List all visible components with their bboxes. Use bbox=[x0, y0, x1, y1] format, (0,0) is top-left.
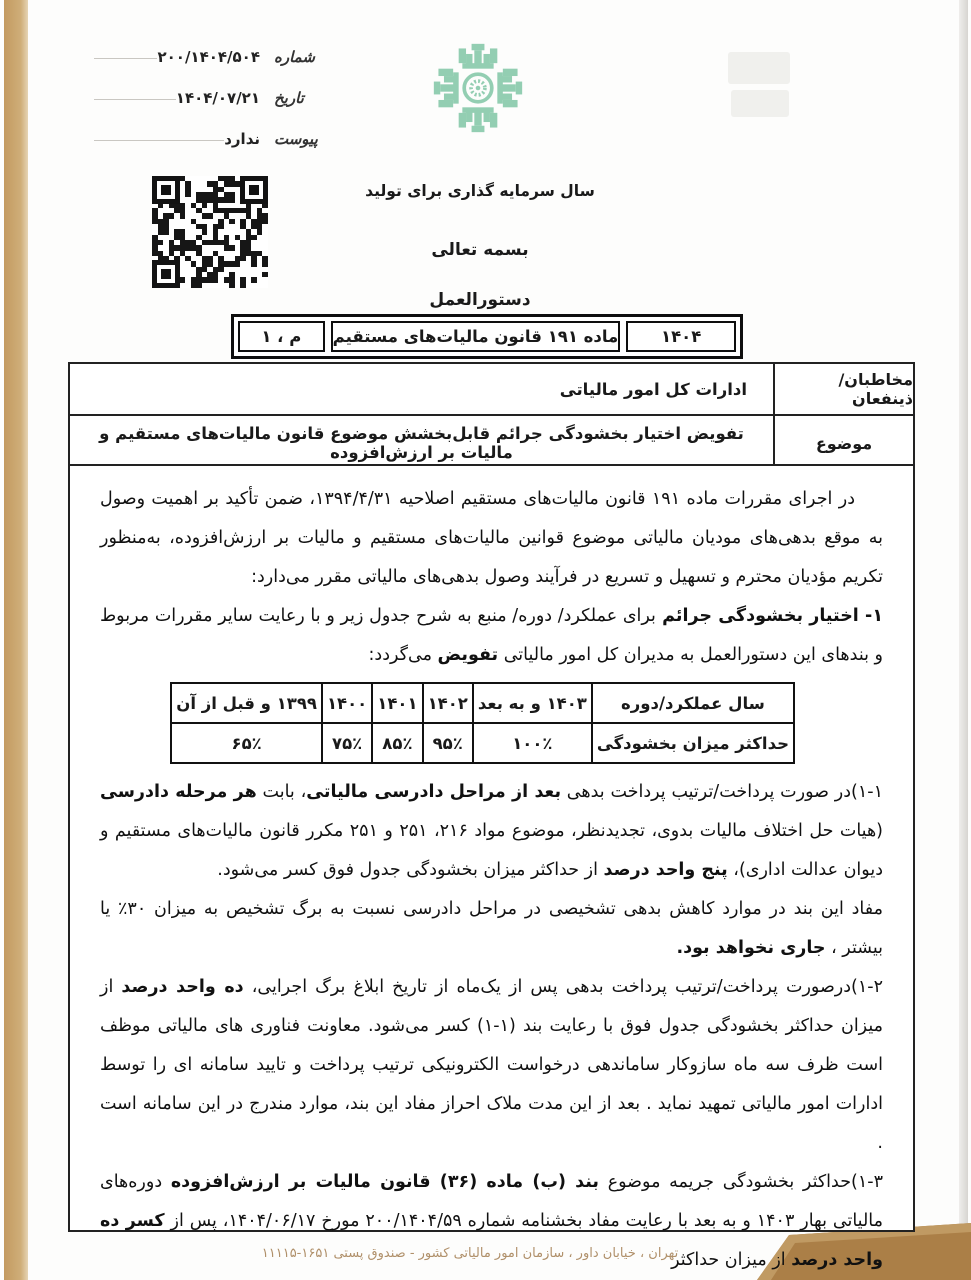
slogan-line: سال سرمایه گذاری برای تولید bbox=[270, 182, 690, 200]
footer-address-text: تهران ، خیابان داور ، سازمان امور مالیات… bbox=[329, 1246, 678, 1261]
value-75pct: ۷۵٪ bbox=[322, 723, 372, 763]
letterhead-fields: شماره ۲۰۰/۱۴۰۴/۵۰۴ تاریخ ۱۴۰۴/۰۷/۲۱ پیوس… bbox=[88, 48, 338, 148]
audience-label: مخاطبان/ ذینفعان bbox=[773, 364, 913, 414]
clause12-tail: از میزان حداکثر بخشودگی جدول فوق با رعای… bbox=[100, 977, 883, 1153]
qr-finder-icon bbox=[152, 176, 180, 204]
clause11-bold-each-stage: هر مرحله دادرسی bbox=[100, 782, 257, 802]
paragraph-clause-1: ۱- اختیار بخشودگی جرائم برای عملکرد/ دور… bbox=[100, 597, 883, 675]
header-1402: ۱۴۰۲ bbox=[423, 683, 473, 723]
max-pardon-label: حداکثر میزان بخشودگی bbox=[592, 723, 794, 763]
attachment-value: ندارد bbox=[224, 130, 260, 148]
value-100pct: ۱۰۰٪ bbox=[473, 723, 592, 763]
number-label: شماره bbox=[260, 48, 338, 66]
qr-code bbox=[152, 176, 268, 288]
pardon-table-values-row: حداکثر میزان بخشودگی ۱۰۰٪ ۹۵٪ ۸۵٪ ۷۵٪ ۶۵… bbox=[171, 723, 794, 763]
rule-line bbox=[94, 99, 176, 100]
pardon-table-header-row: سال عملکرد/دوره ۱۴۰۳ و به بعد ۱۴۰۲ ۱۴۰۱ … bbox=[171, 683, 794, 723]
directive-body: در اجرای مقررات ماده ۱۹۱ قانون مالیات‌ها… bbox=[68, 464, 915, 1232]
intro-text: در اجرای مقررات ماده ۱۹۱ قانون مالیات‌ها… bbox=[100, 489, 883, 587]
doc-type-line: دستورالعمل bbox=[270, 290, 690, 310]
pardon-table-wrap: سال عملکرد/دوره ۱۴۰۳ و به بعد ۱۴۰۲ ۱۴۰۱ … bbox=[177, 682, 795, 764]
pardon-table: سال عملکرد/دوره ۱۴۰۳ و به بعد ۱۴۰۲ ۱۴۰۱ … bbox=[170, 682, 795, 764]
qr-finder-icon bbox=[152, 260, 180, 288]
clause11-bold-after-stages: بعد از مراحل دادرسی مالیاتی bbox=[306, 782, 561, 802]
clause11-tail: از حداکثر میزان بخشودگی جدول فوق کسر می‌… bbox=[217, 860, 603, 880]
header-1400: ۱۴۰۰ bbox=[322, 683, 372, 723]
field-date: تاریخ ۱۴۰۴/۰۷/۲۱ bbox=[88, 89, 338, 107]
banner-year: ۱۴۰۴ bbox=[626, 321, 736, 352]
header-1403-beyond: ۱۴۰۳ و به بعد bbox=[473, 683, 592, 723]
tax-organization-logo-icon bbox=[432, 38, 524, 138]
banner-row: ۱۴۰۴ ماده ۱۹۱ قانون مالیات‌های مستقیم م … bbox=[231, 314, 743, 359]
banner-reference: ماده ۱۹۱ قانون مالیات‌های مستقیم bbox=[331, 321, 621, 352]
value-95pct: ۹۵٪ bbox=[423, 723, 473, 763]
subject-row: موضوع تفویض اختیار بخشودگی جرائم قابل‌بخ… bbox=[70, 414, 913, 470]
clause11-bold-five-points: پنج واحد درصد bbox=[604, 860, 728, 880]
field-attachment: پیوست ندارد bbox=[88, 130, 338, 148]
clause13-text: ۱-۳)حداکثر بخشودگی جریمه موضوع bbox=[599, 1172, 883, 1192]
scanned-tax-directive-page: { "letterhead": { "fields": { "number_la… bbox=[0, 0, 971, 1280]
clause1-delegate-bold: تفویض bbox=[438, 645, 499, 665]
date-label: تاریخ bbox=[260, 89, 338, 107]
rule-line bbox=[94, 140, 224, 141]
rule-line bbox=[94, 58, 157, 59]
meta-table: مخاطبان/ ذینفعان ادارات کل امور مالیاتی … bbox=[68, 362, 915, 472]
photo-left-desk-edge bbox=[4, 0, 28, 1280]
value-65pct: ۶۵٪ bbox=[171, 723, 322, 763]
paragraph-intro: در اجرای مقررات ماده ۱۹۱ قانون مالیات‌ها… bbox=[100, 480, 883, 597]
paragraph-exception: مفاد این بند در موارد کاهش بدهی تشخیصی د… bbox=[100, 890, 883, 968]
date-value: ۱۴۰۴/۰۷/۲۱ bbox=[176, 89, 260, 107]
field-number: شماره ۲۰۰/۱۴۰۴/۵۰۴ bbox=[88, 48, 338, 66]
footer-postal-code: ۱۱۱۱۵-۱۶۵۱ bbox=[262, 1246, 330, 1261]
basmala-line: بسمه تعالی bbox=[270, 240, 690, 260]
scan-smudge-top-right-1 bbox=[728, 52, 790, 84]
exception-bold-not-applicable: جاری نخواهد بود. bbox=[676, 938, 825, 958]
banner-code: م ، ۱ bbox=[238, 321, 325, 352]
footer-address: تهران ، خیابان داور ، سازمان امور مالیات… bbox=[90, 1246, 850, 1261]
number-value: ۲۰۰/۱۴۰۴/۵۰۴ bbox=[157, 48, 260, 66]
clause1-tail: می‌گردد: bbox=[369, 645, 438, 665]
audience-value: ادارات کل امور مالیاتی bbox=[70, 364, 773, 414]
header-1401: ۱۴۰۱ bbox=[372, 683, 422, 723]
paragraph-clause-1-1: ۱-۱)در صورت پرداخت/ترتیب پرداخت بدهی بعد… bbox=[100, 773, 883, 890]
value-85pct: ۸۵٪ bbox=[372, 723, 422, 763]
qr-finder-icon bbox=[240, 176, 268, 204]
clause12-bold-ten-points: ده واحد درصد bbox=[121, 977, 243, 997]
paragraph-clause-1-2: ۱-۲)درصورت پرداخت/ترتیب پرداخت بدهی پس ا… bbox=[100, 968, 883, 1163]
clause1-lead-bold: ۱- اختیار بخشودگی جرائم bbox=[656, 606, 883, 626]
clause12-text: ۱-۲)درصورت پرداخت/ترتیب پرداخت بدهی پس ا… bbox=[244, 977, 883, 997]
scan-smudge-top-right-2 bbox=[731, 90, 789, 117]
subject-label: موضوع bbox=[773, 416, 913, 470]
photo-right-page-edge bbox=[959, 0, 968, 1280]
audience-row: مخاطبان/ ذینفعان ادارات کل امور مالیاتی bbox=[70, 364, 913, 414]
subject-value: تفویض اختیار بخشودگی جرائم قابل‌بخشش موض… bbox=[70, 416, 773, 470]
header-year-label: سال عملکرد/دوره bbox=[592, 683, 794, 723]
clause13-bold-vat-article: بند (ب) ماده (۳۶) قانون مالیات بر ارزش‌ا… bbox=[171, 1172, 599, 1192]
clause11-text: ، بابت bbox=[257, 782, 307, 802]
header-1399-before: ۱۳۹۹ و قبل از آن bbox=[171, 683, 322, 723]
clause11-text: ۱-۱)در صورت پرداخت/ترتیب پرداخت بدهی bbox=[561, 782, 883, 802]
paragraph-clause-1-3: ۱-۳)حداکثر بخشودگی جریمه موضوع بند (ب) م… bbox=[100, 1163, 883, 1280]
attachment-label: پیوست bbox=[260, 130, 338, 148]
